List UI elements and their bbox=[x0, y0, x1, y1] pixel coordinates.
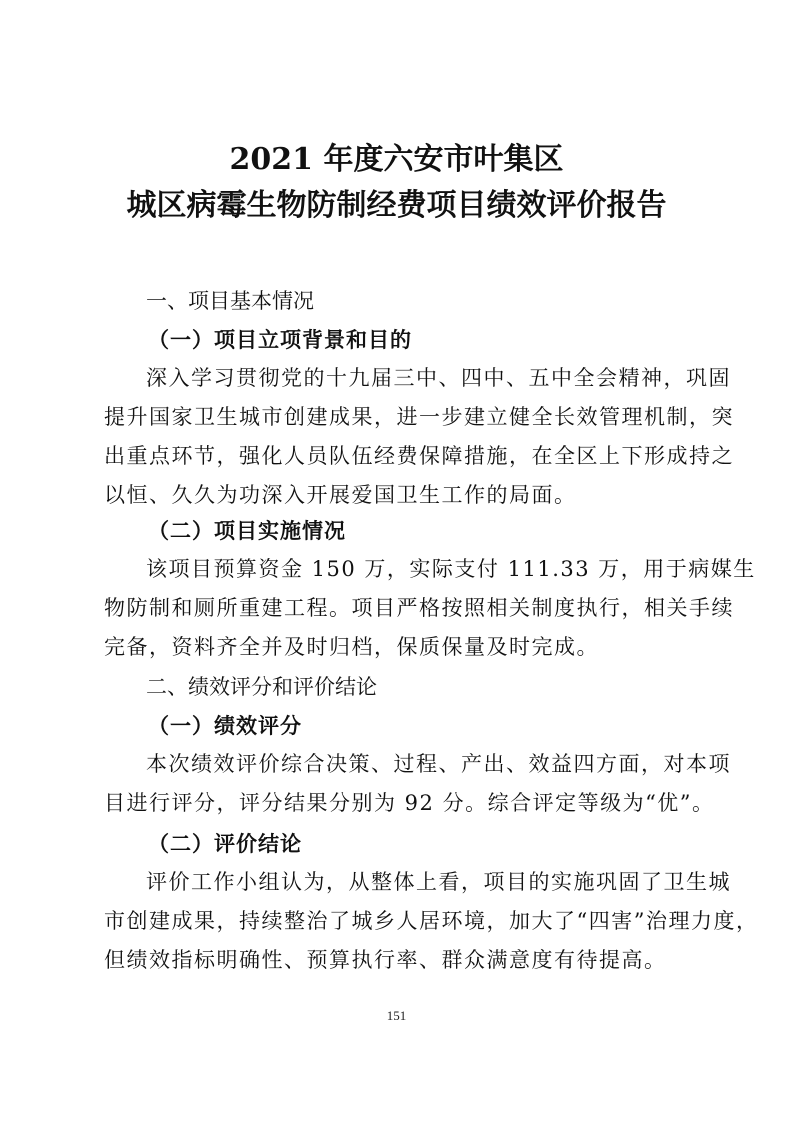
document-title-line-2: 城区病霉生物防制经费项目绩效评价报告 bbox=[0, 186, 793, 226]
paragraph-line: 提升国家卫生城市创建成果，进一步建立健全长效管理机制，突 bbox=[104, 398, 694, 437]
paragraph-line: 以恒、久久为功深入开展爱国卫生工作的局面。 bbox=[104, 476, 694, 515]
subsection-heading-2-2: （二）评价结论 bbox=[148, 829, 302, 859]
paragraph-line: 物防制和厕所重建工程。项目严格按照相关制度执行，相关手续 bbox=[104, 589, 694, 628]
document-title-line-1: 2021 年度六安市叶集区 bbox=[0, 140, 793, 180]
paragraph-background: 深入学习贯彻党的十九届三中、四中、五中全会精神，巩固 提升国家卫生城市创建成果，… bbox=[104, 359, 694, 515]
paragraph-line: 深入学习贯彻党的十九届三中、四中、五中全会精神，巩固 bbox=[104, 359, 694, 398]
paragraph-line: 本次绩效评价综合决策、过程、产出、效益四方面，对本项 bbox=[104, 745, 694, 784]
page-number: 151 bbox=[0, 1008, 793, 1024]
paragraph-score: 本次绩效评价综合决策、过程、产出、效益四方面，对本项 目进行评分，评分结果分别为… bbox=[104, 745, 694, 823]
paragraph-line: 出重点环节，强化人员队伍经费保障措施，在全区上下形成持之 bbox=[104, 437, 694, 476]
subsection-heading-2-1: （一）绩效评分 bbox=[148, 711, 302, 741]
paragraph-line: 但绩效指标明确性、预算执行率、群众满意度有待提高。 bbox=[104, 941, 694, 980]
paragraph-line: 评价工作小组认为，从整体上看，项目的实施巩固了卫生城 bbox=[104, 863, 694, 902]
subsection-heading-1-2: （二）项目实施情况 bbox=[148, 516, 346, 546]
paragraph-line: 市创建成果，持续整治了城乡人居环境，加大了“四害”治理力度， bbox=[104, 902, 694, 941]
paragraph-line: 该项目预算资金 150 万，实际支付 111.33 万，用于病媒生 bbox=[104, 550, 694, 589]
paragraph-conclusion: 评价工作小组认为，从整体上看，项目的实施巩固了卫生城 市创建成果，持续整治了城乡… bbox=[104, 863, 694, 980]
paragraph-line: 目进行评分，评分结果分别为 92 分。综合评定等级为“优”。 bbox=[104, 784, 694, 823]
paragraph-implementation: 该项目预算资金 150 万，实际支付 111.33 万，用于病媒生 物防制和厕所… bbox=[104, 550, 694, 667]
section-heading-1: 一、项目基本情况 bbox=[146, 286, 314, 316]
subsection-heading-1-1: （一）项目立项背景和目的 bbox=[148, 325, 412, 355]
section-heading-2: 二、绩效评分和评价结论 bbox=[146, 672, 377, 702]
paragraph-line: 完备，资料齐全并及时归档，保质保量及时完成。 bbox=[104, 628, 694, 667]
